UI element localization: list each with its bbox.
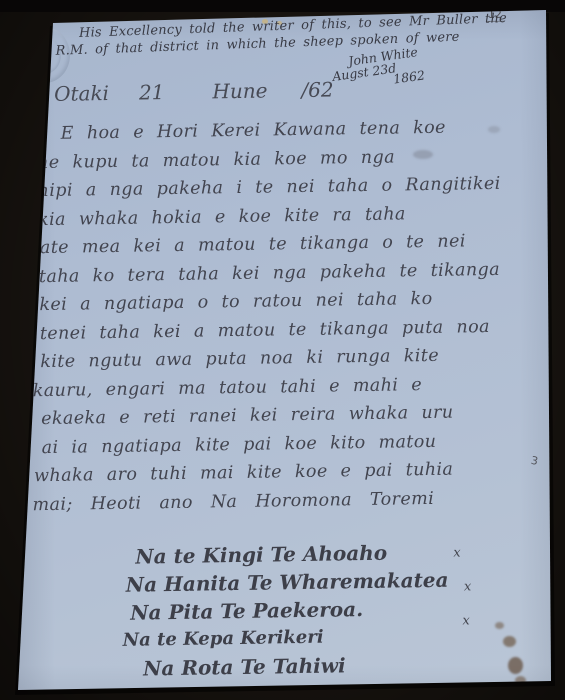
- scan-edge-strip: [0, 0, 565, 12]
- letter-body: E hoa e Hori Kerei Kawana tena koe he ku…: [37, 112, 551, 519]
- letter-page: 12 His Excellency told the writer of thi…: [0, 0, 565, 700]
- signature-x-mark: x: [464, 573, 472, 601]
- docket-year: 1862: [392, 68, 425, 85]
- place-name: Otaki: [54, 81, 109, 106]
- signature-row: Na Rota Te Tahiwi: [143, 650, 450, 683]
- letter-content: 12 His Excellency told the writer of thi…: [0, 0, 565, 700]
- signature-list: Na te Kingi Te Ahoaho x Na Hanita Te Wha…: [121, 538, 450, 683]
- place-date-line: Otaki 21 Hune /62: [54, 77, 334, 105]
- signature-name: Na Hanita Te Wharemakatea: [126, 568, 449, 597]
- signature-name: Na Rota Te Tahiwi: [143, 653, 346, 680]
- signature-name: Na Pita Te Paekeroa.: [130, 597, 363, 625]
- date-year: /62: [301, 77, 334, 102]
- signature-x-mark: x: [462, 607, 470, 635]
- signature-name: Na te Kepa Kerikeri: [123, 627, 324, 651]
- docket-signature-block: John White Augst 23d 1862: [330, 45, 426, 94]
- signature-name: Na te Kingi Te Ahoaho: [135, 541, 387, 569]
- date-day: 21: [139, 80, 165, 104]
- signature-x-mark: x: [453, 540, 461, 568]
- date-month: Hune: [212, 78, 267, 103]
